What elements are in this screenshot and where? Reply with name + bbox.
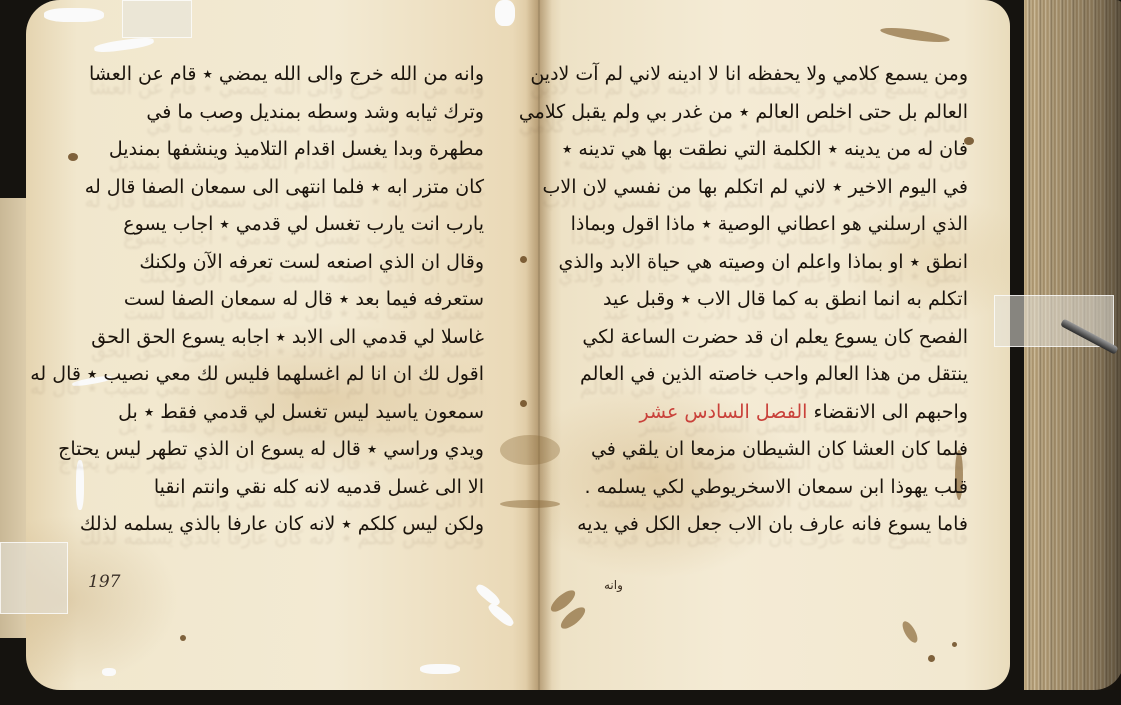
text-line: قلب يهوذا ابن سمعان الاسخريوطي لكي يسلمه… [550,469,968,507]
catchword: وانه [604,578,623,592]
text-line: ويدي وراسي ٭ قال له يسوع ان الذي تطهر لي… [100,431,484,469]
ink-spot [520,256,527,263]
ink-spot [180,635,186,641]
text-line: ينتقل من هذا العالم واحب خاصته الذين في … [550,356,968,394]
text-line: في اليوم الاخير ٭ لاني لم اتكلم بها من ن… [550,169,968,207]
text-line: العالم بل حتى اخلص العالم ٭ من غدر بي ول… [550,94,968,132]
ink-spot [928,655,935,662]
ink-spot [68,153,78,161]
ink-spot [520,400,527,407]
text-line-with-rubric: واحبهم الى الانقضاء الفصل السادس عشر [550,394,968,432]
text-line: وترك ثيابه وشد وسطه بمنديل وصب ما في [100,94,484,132]
text-line: كان متزر ابه ٭ فلما انتهى الى سمعان الصف… [100,169,484,207]
text-line: فان له من يدينه ٭ الكلمة التي نطقت بها ه… [550,131,968,169]
text-line: انطق ٭ او بماذا واعلم ان وصيته هي حياة ا… [550,244,968,282]
text-line: فاما يسوع فانه عارف بان الاب جعل الكل في… [550,506,968,544]
text-line: وانه من الله خرج والى الله يمضي ٭ قام عن… [100,56,484,94]
conservation-tape [122,0,192,38]
chapter-heading-rubric: الفصل السادس عشر [640,401,808,423]
text-line: فلما كان العشا كان الشيطان مزمعا ان يلقي… [550,431,968,469]
wormhole [420,664,460,674]
ink-spot [952,642,957,647]
text-line: اتكلم به انما انطق به كما قال الاب ٭ وقب… [550,281,968,319]
text-segment: واحبهم الى الانقضاء [813,401,968,423]
paper-loss [495,0,515,26]
text-line: مطهرة وبدا يغسل اقدام التلاميذ وينشفها ب… [100,131,484,169]
folio-number: 197 [88,572,120,592]
text-line: الذي ارسلني هو اعطاني الوصية ٭ ماذا اقول… [550,206,968,244]
text-line: وقال ان الذي اصنعه لست تعرفه الآن ولكنك [100,244,484,282]
text-line: غاسلا لي قدمي الى الابد ٭ اجابه يسوع الح… [100,319,484,357]
text-line: يارب انت يارب تغسل لي قدمي ٭ اجاب يسوع [100,206,484,244]
right-page-text: ومن يسمع كلامي ولا يحفظه انا لا ادينه لا… [550,56,968,544]
text-line: سمعون ياسيد ليس تغسل لي قدمي فقط ٭ بل [100,394,484,432]
manuscript-photo: وانه من الله خرج والى الله يمضي ٭ قام عن… [0,0,1121,705]
text-line: اقول لك ان انا لم اغسلهما فليس لك معي نص… [100,356,484,394]
conservation-tape [0,542,68,614]
paper-loss [44,8,104,22]
wormhole [102,668,116,676]
text-line: الفصح كان يسوع يعلم ان قد حضرت الساعة لك… [550,319,968,357]
text-line: الا الى غسل قدميه لانه كله نقي وانتم انق… [100,469,484,507]
left-page-text: وانه من الله خرج والى الله يمضي ٭ قام عن… [100,56,484,544]
text-line: ستعرفه فيما بعد ٭ قال له سمعان الصفا لست [100,281,484,319]
text-line: ومن يسمع كلامي ولا يحفظه انا لا ادينه لا… [550,56,968,94]
text-line: ولكن ليس كلكم ٭ لانه كان عارفا بالذي يسل… [100,506,484,544]
